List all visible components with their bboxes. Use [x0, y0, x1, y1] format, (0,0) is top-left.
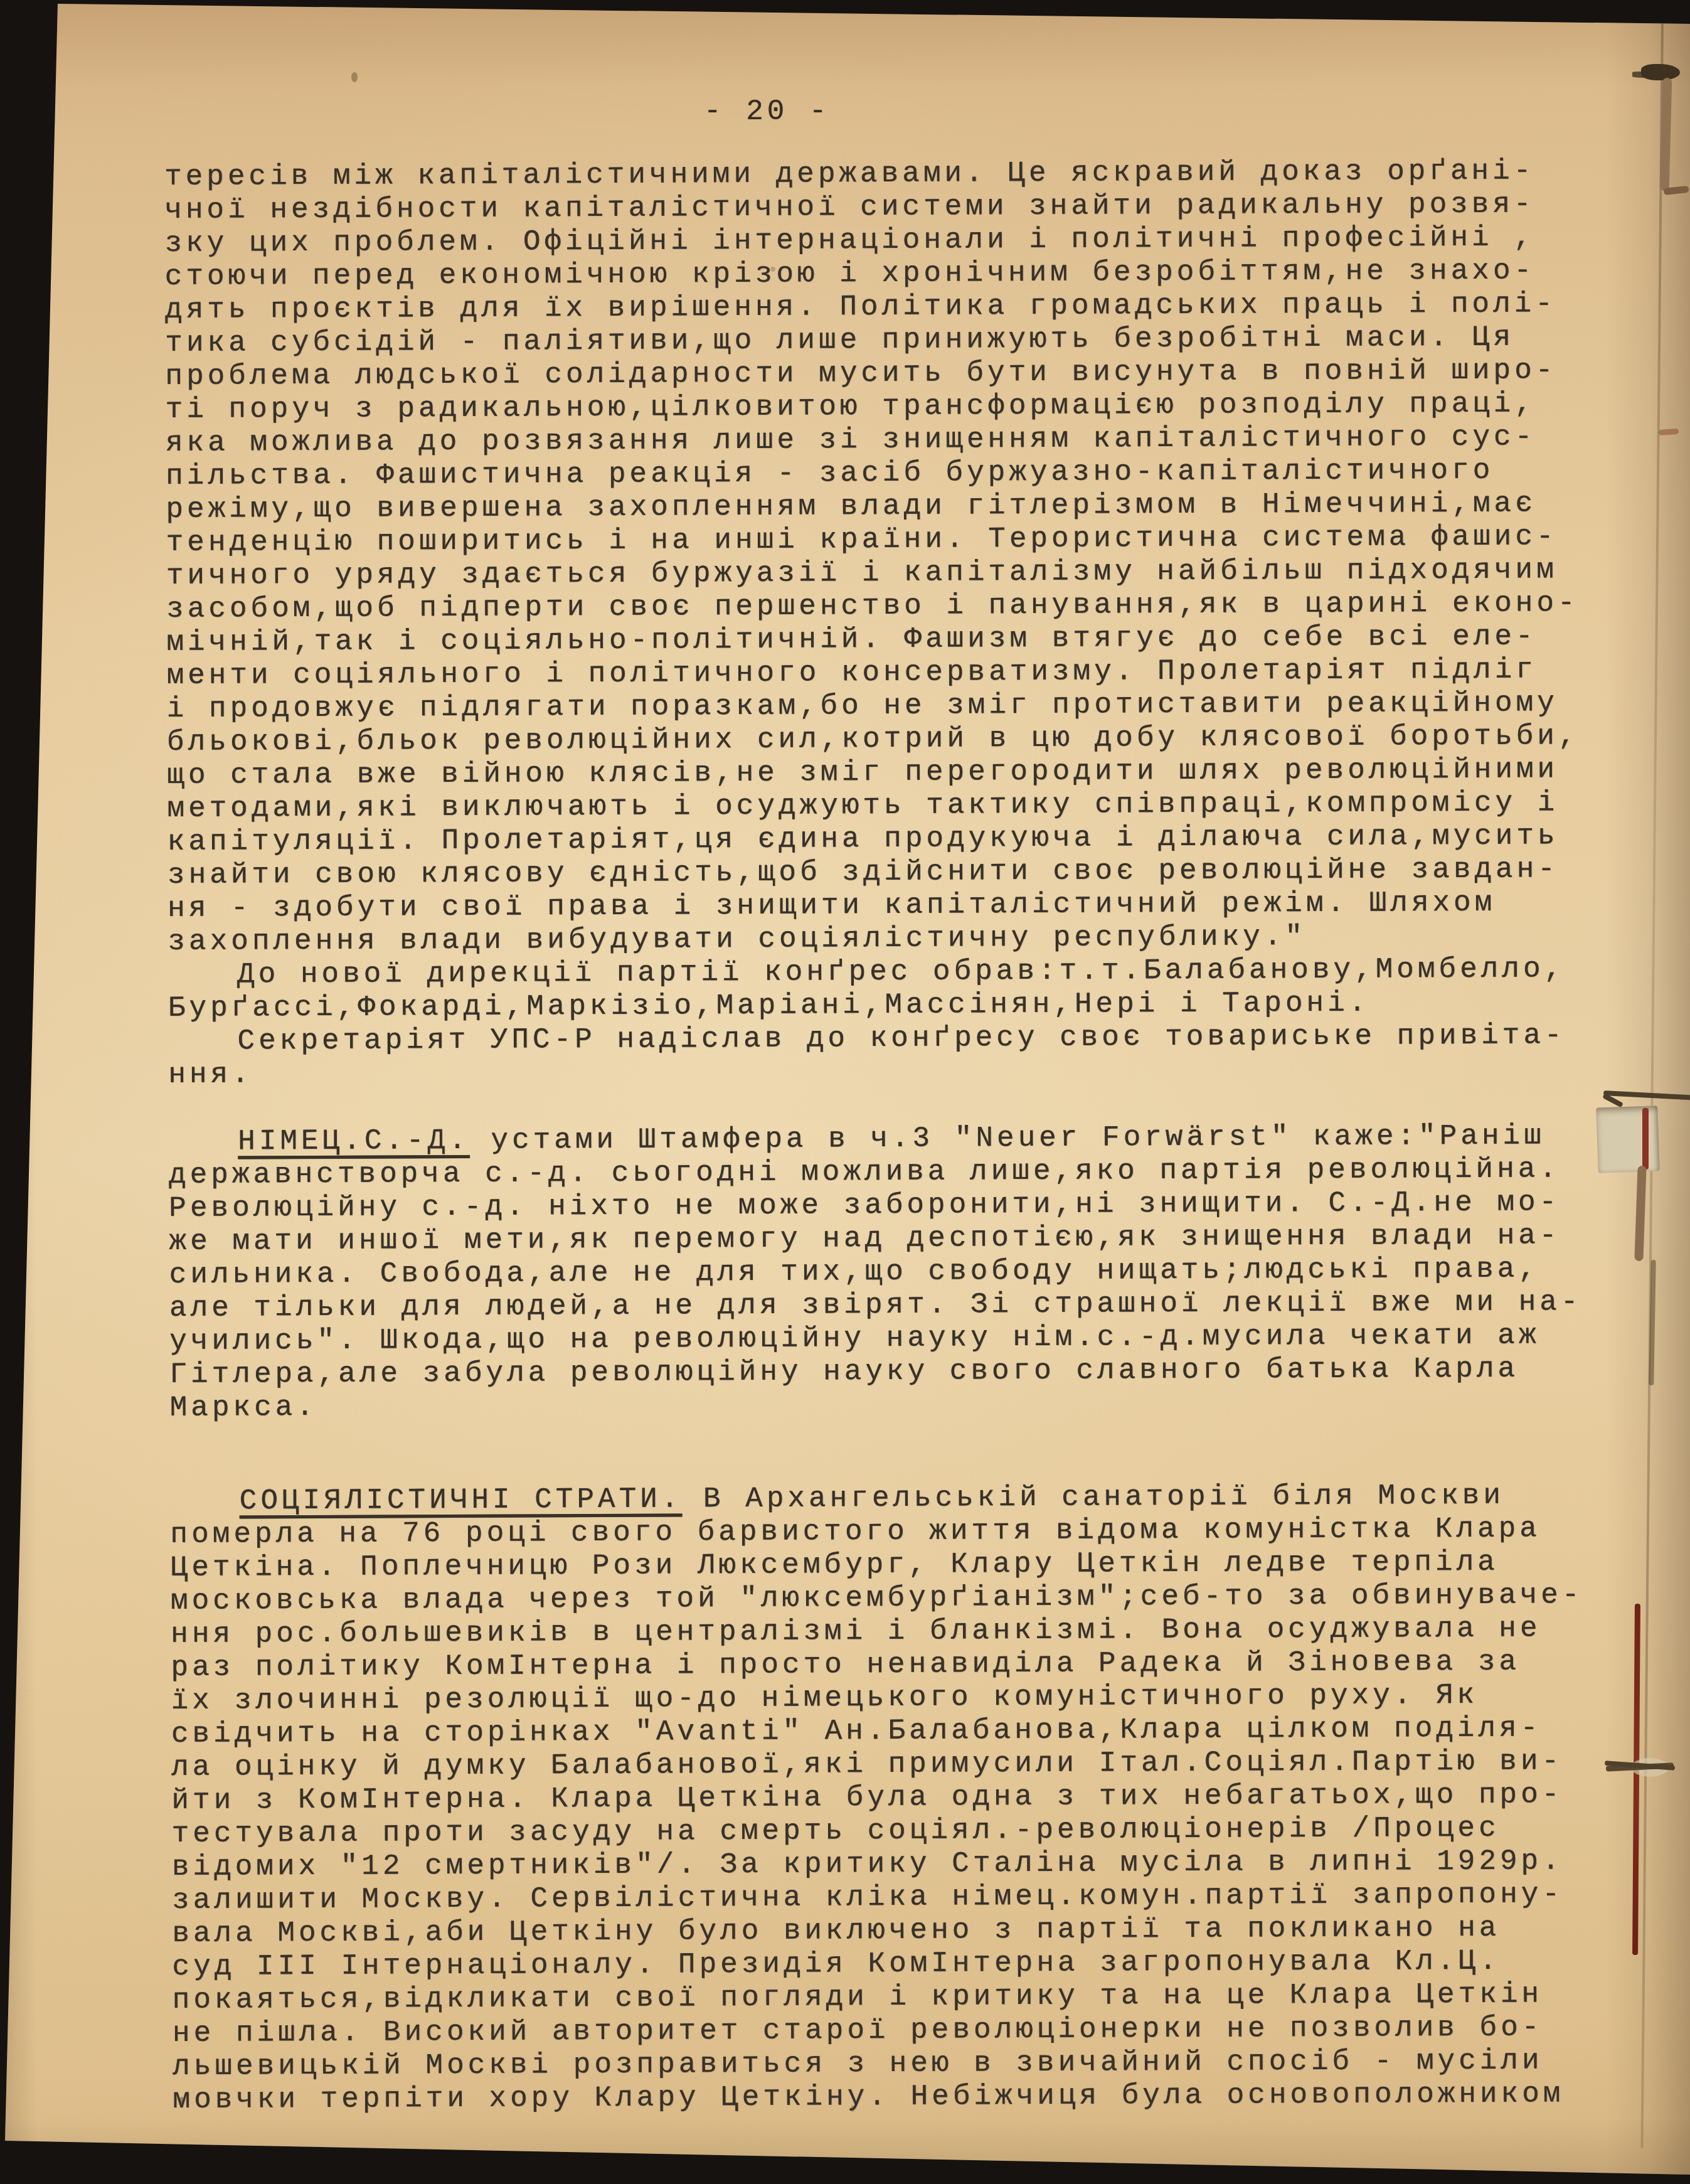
text-line: тика субсідій - паліятиви,що лише приниж… [165, 321, 1583, 360]
text-line: ла оцінку й думку Балабанової,які примус… [171, 1745, 1589, 1784]
text-line: залишити Москву. Сервілістична кліка нім… [172, 1878, 1590, 1917]
text-line: мовчки терпіти хору Клару Цеткіну. Небіж… [173, 2077, 1590, 2117]
text-line: проблема людської солідарности мусить бу… [165, 354, 1583, 393]
text-line: Бурґассі,Фокарді,Маркізіо,Маріані,Массін… [168, 986, 1586, 1025]
text-line: же мати иншої мети,як перемогу над деспо… [169, 1219, 1586, 1259]
text-line: НІМЕЦ.С.-Д. устами Штамфера в ч.3 "Neuer… [169, 1119, 1586, 1159]
text-line: і продовжує підлягати поразкам,бо не змі… [167, 686, 1585, 726]
text-line: московська влада через той "люксембурґіа… [171, 1579, 1588, 1618]
text-line: не пішла. Високий авторитет старої револ… [173, 2011, 1590, 2050]
text-line: тичного уряду здається буржуазії і капіт… [166, 553, 1584, 593]
text-line: раз політику КомІнтерна і просто ненавид… [171, 1645, 1588, 1685]
binding-streak [1649, 1260, 1655, 1385]
text-line: мічній,так і соціяльно-політичній. Фашиз… [166, 620, 1584, 659]
text-line: захоплення влади вибудувати соціялістичн… [167, 919, 1585, 959]
text-line: стоючи перед економічною крізою і хроніч… [165, 254, 1583, 294]
text-line: Цеткіна. Поплечницю Рози Люксембург, Кла… [171, 1545, 1588, 1585]
text-line: ння. [168, 1052, 1586, 1092]
text-line: чної нездібности капіталістичної системи… [164, 188, 1582, 227]
text-line: сильника. Свобода,але не для тих,що своб… [169, 1252, 1587, 1292]
stitch-highlight [1631, 1758, 1669, 1777]
text-line: капітуляції. Пролетаріят,ця єдина продук… [167, 819, 1585, 859]
text-line: їх злочинні резолюції що-до німецького к… [171, 1678, 1589, 1718]
text-line: До нової дирекції партії конґрес обрав:т… [168, 952, 1586, 992]
text-line: тестувала проти засуду на смерть соціял.… [172, 1811, 1590, 1851]
text-line: ня - здобути свої права і знищити капіта… [167, 886, 1585, 925]
text-line: Секретаріят УПС-Р надіслав до конґресу с… [168, 1019, 1586, 1058]
binding-thread-red [1632, 1604, 1640, 1955]
text-line: покаяться,відкликати свої погляди і крит… [173, 1978, 1590, 2017]
text-line: вала Москві,аби Цеткіну було виключено з… [172, 1911, 1590, 1951]
text-line: відомих "12 смертників"/. За критику Ста… [172, 1845, 1590, 1884]
text-line: Маркса. [170, 1385, 1588, 1425]
paper-stain [351, 72, 358, 82]
text-line: тересів між капіталістичними державами. … [164, 154, 1582, 194]
text-line: суд III Інтернаціоналу. Президія КомІнте… [172, 1944, 1590, 1984]
text-line: Революційну с.-д. ніхто не може заборони… [169, 1186, 1586, 1225]
text-line: методами,які виключають і осуджують такт… [167, 786, 1585, 826]
text-line: державнстворча с.-д. сьогодні можлива ли… [169, 1153, 1586, 1192]
binding-knot [1641, 64, 1680, 80]
typewritten-text: тересів між капіталістичними державами. … [164, 154, 1591, 2117]
edge-mark [1659, 429, 1679, 435]
text-line: але тільки для людей,а не для звірят. Зі… [169, 1286, 1587, 1325]
edge-mark [1664, 186, 1689, 195]
underlined-heading: НІМЕЦ.С.-Д. [238, 1124, 470, 1158]
text-line: пільства. Фашистична реакція - засіб бур… [166, 454, 1583, 493]
stitch-cross-icon [1602, 1093, 1624, 1107]
text-line: свідчить на сторінках "Avanti" Ан.Балаба… [171, 1712, 1589, 1751]
binding-thread-red [1642, 1108, 1649, 1169]
text-line: зку цих проблем. Офіційні інтернаціонали… [164, 221, 1582, 260]
text-line: учились". Шкода,що на революційну науку … [169, 1319, 1587, 1358]
text-line: менти соціяльного і політичного консерва… [166, 653, 1584, 693]
text-line: що стала вже війною клясів,не зміг перег… [167, 753, 1585, 792]
text-line: яка можлива до розвязання лише зі знищен… [166, 420, 1583, 460]
binding-streak [1634, 1166, 1646, 1261]
page-edge-crease [1640, 21, 1664, 2148]
text-line: тенденцію поширитись і на инші країни. Т… [166, 520, 1584, 560]
stitch-cross-icon [1603, 1090, 1690, 1100]
underlined-heading: СОЦІЯЛІСТИЧНІ СТРАТИ. [240, 1483, 683, 1517]
page-number: - 20 - [704, 95, 831, 128]
text-line: йти з КомІнтерна. Клара Цеткіна була одн… [171, 1778, 1589, 1818]
text-line: бльокові,бльок революційних сил,котрий в… [167, 720, 1585, 759]
document-page: - 20 - тересів між капіталістичними держ… [0, 0, 1690, 2184]
scan-background: - 20 - тересів між капіталістичними держ… [0, 0, 1690, 2184]
text-line: Гітлера,але забула революційну науку сво… [169, 1352, 1587, 1392]
text-line: померла на 76 році свого барвистого житт… [170, 1512, 1588, 1552]
stitch-cross-icon [1605, 1761, 1675, 1771]
text-line: СОЦІЯЛІСТИЧНІ СТРАТИ. В Архангельській с… [170, 1479, 1588, 1518]
text-line: засобом,щоб підперти своє першенство і п… [166, 587, 1584, 626]
text-line: ння рос.большевиків в централізмі і блан… [171, 1612, 1588, 1651]
text-line: ті поруч з радикальною,цілковитою трансф… [166, 387, 1583, 427]
text-line: знайти свою клясову єдність,щоб здійснит… [167, 853, 1585, 892]
binding-hole [1596, 1105, 1660, 1173]
binding-streak [1660, 78, 1672, 191]
text-line: льшевицькій Москві розправиться з нею в … [173, 2044, 1590, 2084]
text-line: дять проєктів для їх вирішення. Політика… [165, 287, 1583, 327]
text-line: режіму,що вивершена захопленням влади гі… [166, 487, 1583, 526]
stitch-cross-icon [1606, 1762, 1674, 1772]
